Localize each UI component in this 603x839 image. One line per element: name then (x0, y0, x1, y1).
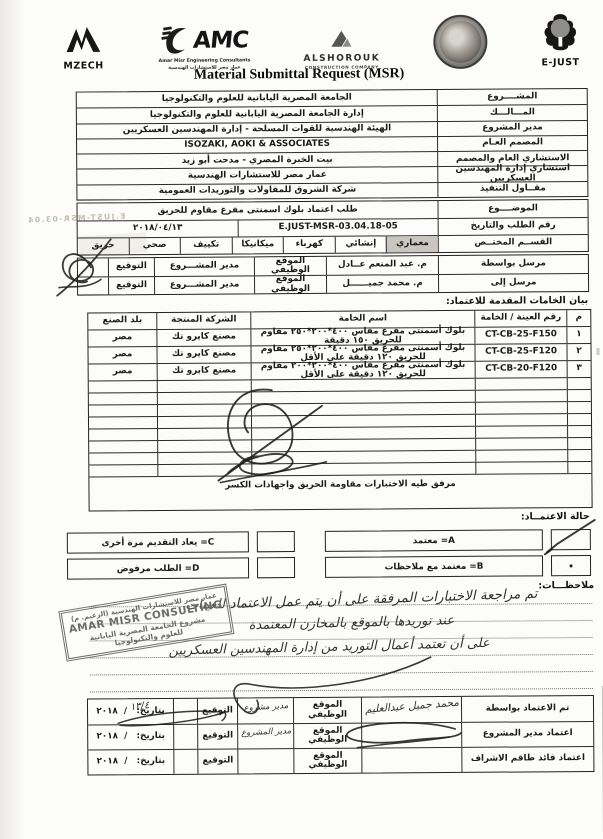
spacer (303, 531, 317, 552)
pm-signature-cell (173, 725, 197, 749)
sent-by-row: مرسل بواسطة م. عبد المنعم عــادل الموقع … (78, 255, 588, 277)
signature-label: التوقيع (108, 258, 154, 276)
approval-options-row-1: A= معتمد C= يعاد التقديم مرة أخرى (67, 529, 591, 554)
field-label: استشاري إدارة المهندسين العسكريين (437, 166, 587, 181)
field-value: شركة الشروق للمقاولات والتوريدات العمومي… (77, 183, 437, 200)
pm-approval-row: اعتماد مدير المشروع الموقع الوظيفي التوق… (88, 721, 593, 750)
pm-approval-label: اعتماد مدير المشروع (461, 722, 593, 747)
seal-icon (433, 15, 487, 69)
sent-to-signature-cell (78, 277, 108, 294)
amc-label: AMC (192, 31, 248, 50)
department-cell-architectural: معماري (386, 236, 438, 252)
department-cell-structural: إنشائي (335, 236, 387, 252)
position-label: الموقع الوظيفي (254, 257, 326, 276)
amc-subtitle-en: Amar Misr Engineering Consultants (159, 58, 251, 64)
col-manufacturer: الشركة المنتجة (156, 312, 250, 329)
material-code: CT-CB-25-F120 (474, 344, 566, 361)
amc-swoosh-icon (161, 24, 191, 58)
final-approval-table: تم الاعتماد بواسطة الموقع الوظيفي التوقي… (87, 695, 595, 776)
scanned-msr-form: MZECH AMC Amar Misr Engineering Consulta… (0, 0, 603, 839)
alshorouk-label: ALSHOROUK (303, 53, 380, 64)
material-country: مصر (88, 330, 156, 346)
pm-name-cell (361, 723, 461, 748)
supervision-leader-label: اعتماد قائد طاقم الاشراف (461, 747, 593, 772)
approved-by-name-cell (361, 697, 461, 723)
approved-by-date: بتاريخ: / ٢٠١٨ (88, 699, 173, 725)
field-value: إدارة الجامعة المصرية اليابانية للعلوم و… (77, 106, 437, 123)
col-sample-code: رقم العينة / الخامة (474, 310, 566, 327)
project-info-table: المشــــروعالجامعة المصرية اليابانية للع… (76, 88, 589, 201)
leader-signature-cell (173, 750, 197, 774)
field-value: الجامعة المصرية اليابانية للعلوم والتكنو… (77, 90, 437, 108)
col-country: بلد الصنع (88, 313, 156, 329)
field-label: مدير المشروع (437, 121, 587, 136)
checkbox-a (551, 529, 591, 550)
field-value: عمار مصر للاستشارات الهندسية (77, 168, 437, 185)
request-number-label: رقم الطلب والتاريخ (438, 218, 588, 235)
sent-by-label: مرسل بواسطة (438, 255, 588, 274)
approval-options-row-2: · B= معتمد مع ملاحظات D= الطلب مرفوض (67, 555, 591, 580)
routing-table: مرسل بواسطة م. عبد المنعم عــادل الموقع … (77, 254, 589, 296)
request-number-value: E.JUST-MSR-03.04.18-05 (238, 219, 438, 236)
option-d-label: D= الطلب مرفوض (67, 557, 249, 579)
material-no: ٣ (567, 361, 591, 377)
signature-label: التوقيع (197, 698, 237, 723)
department-label: القســم المختــص (438, 235, 588, 252)
ejust-logo: E-JUST (540, 12, 580, 68)
material-manufacturer: مصنع كايرو تك (156, 346, 250, 363)
position-label: الموقع الوظيفي (293, 698, 361, 723)
position-label: الموقع الوظيفي (293, 749, 361, 773)
pm-date: بتاريخ: / ٢٠١٨ (88, 725, 173, 750)
supervision-leader-row: اعتماد قائد طاقم الاشراف الموقع الوظيفي … (88, 746, 593, 775)
signature-label: التوقيع (197, 724, 237, 748)
approved-by-position-cell (237, 698, 293, 723)
signature-label: التوقيع (108, 277, 154, 294)
signature-label: التوقيع (197, 749, 237, 773)
material-manufacturer: مصنع كايرو تك (157, 363, 251, 380)
sent-by-position: مدير المشـــروع (154, 257, 254, 276)
checkbox-c (257, 531, 295, 552)
sent-to-row: مرسل إلى م. محمد جميــــــل الموقع الوظي… (78, 273, 588, 295)
sent-by-name: م. عبد المنعم عــادل (326, 256, 438, 275)
material-code: CT-CB-25-F150 (474, 327, 566, 344)
field-value: الهيئة الهندسية للقوات المسلحة - إدارة ا… (77, 122, 437, 139)
sent-to-position: مدير المشـــروع (154, 276, 254, 294)
material-code: CT-CB-20-F120 (475, 361, 567, 378)
approved-by-label: تم الاعتماد بواسطة (461, 696, 593, 722)
material-row: ٣ CT-CB-20-F120 بلوك أسمنتى مفرغ مقاس ٤٠… (89, 360, 591, 381)
field-label: المشــــروع (437, 89, 587, 105)
notes-heading: ملاحظـــات: (538, 580, 594, 591)
sent-to-label: مرسل إلى (438, 274, 588, 292)
materials-table: م رقم العينة / الخامة اسم الخامة الشركة … (87, 309, 592, 512)
approved-by-row: تم الاعتماد بواسطة الموقع الوظيفي التوقي… (88, 696, 593, 725)
material-no: ٢ (566, 344, 590, 360)
spacer (303, 557, 317, 578)
department-cell-mechanical: ميكانيكا (231, 237, 283, 253)
approved-by-signature-cell (173, 699, 197, 724)
position-label: الموقع الوظيفي (254, 276, 326, 294)
subject-label: الموضــــوع (437, 200, 587, 218)
department-cell-hvac: تكييف (180, 237, 232, 253)
leader-position-cell (237, 749, 293, 773)
field-label: المـــالـــك (437, 105, 587, 120)
field-value: بيت الخبرة المصري - مدحت أبو زيد (77, 152, 437, 169)
checkbox-d (257, 557, 295, 578)
checkbox-b: · (551, 555, 591, 576)
field-label: المصمم العـام (437, 136, 587, 151)
field-value: ISOZAKI, AOKI & ASSOCIATES (77, 137, 437, 154)
sent-by-signature-cell (78, 258, 108, 276)
attachment-note: مرفق طيه الاختبارات مقاومة الحريق واجهاد… (89, 473, 591, 511)
ejust-mark-icon (540, 12, 580, 56)
col-no: م (566, 310, 590, 326)
option-b-label: B= معتمد مع ملاحظات (325, 555, 543, 578)
mzech-logo: MZECH (61, 23, 105, 71)
amc-logo: AMC Amar Misr Engineering Consultants عم… (158, 23, 250, 71)
round-seal-logo (433, 15, 487, 69)
alshorouk-triangle-icon (329, 29, 355, 53)
field-label: مقــاول التنفيذ (437, 182, 587, 197)
material-country: مصر (89, 364, 157, 380)
dotted-line (90, 671, 593, 676)
alshorouk-logo: ALSHOROUK CONSTRUCTION COMPANY (303, 28, 380, 70)
request-table: الموضــــوع طلب اعتماد بلوك اسمنتى مفرغ … (76, 199, 588, 256)
leader-name-cell (361, 748, 461, 773)
pm-position-cell (237, 724, 293, 748)
position-label: الموقع الوظيفي (293, 724, 361, 748)
option-c-label: C= يعاد التقديم مرة أخرى (67, 531, 249, 553)
subject-value: طلب اعتماد بلوك اسمنتى مفرغ مقاوم للحريق (77, 201, 437, 221)
dotted-line (90, 654, 593, 659)
request-number-row: رقم الطلب والتاريخ E.JUST-MSR-03.04.18-0… (78, 217, 588, 238)
leader-date: بتاريخ: / ٢٠١٨ (88, 750, 173, 775)
department-cell-electrical: كهرباء (283, 237, 335, 253)
mzech-mark-icon (61, 23, 105, 59)
document-title: Material Submittal Request (MSR) (0, 65, 601, 85)
material-country: مصر (88, 347, 156, 363)
dotted-line (90, 688, 593, 693)
subject-row: الموضــــوع طلب اعتماد بلوك اسمنتى مفرغ … (77, 200, 587, 221)
faint-stamp-smudge (78, 232, 147, 256)
approval-status-heading: حالة الاعتمــاد: (521, 511, 590, 522)
scan-edge-mark (597, 348, 600, 355)
material-name: بلوك أسمنتى مفرغ مقاس ٤٠٠*٢٠٠*٢٠٠ مقاوم … (251, 362, 475, 380)
material-manufacturer: مصنع كايرو تك (156, 329, 250, 346)
consulting-stamp: عمار مصر للاستشارات الهندسية (الزعيم. م)… (58, 584, 234, 662)
department-row: القســم المختــص معماري إنشائي كهرباء مي… (78, 234, 588, 255)
material-no: ١ (566, 327, 590, 343)
sent-to-name: م. محمد جميــــــل (326, 275, 438, 293)
logo-row: MZECH AMC Amar Misr Engineering Consulta… (61, 10, 580, 72)
materials-heading: بيان الخامات المقدمة للاعتماد: (446, 295, 588, 307)
option-a-label: A= معتمد (325, 529, 543, 552)
